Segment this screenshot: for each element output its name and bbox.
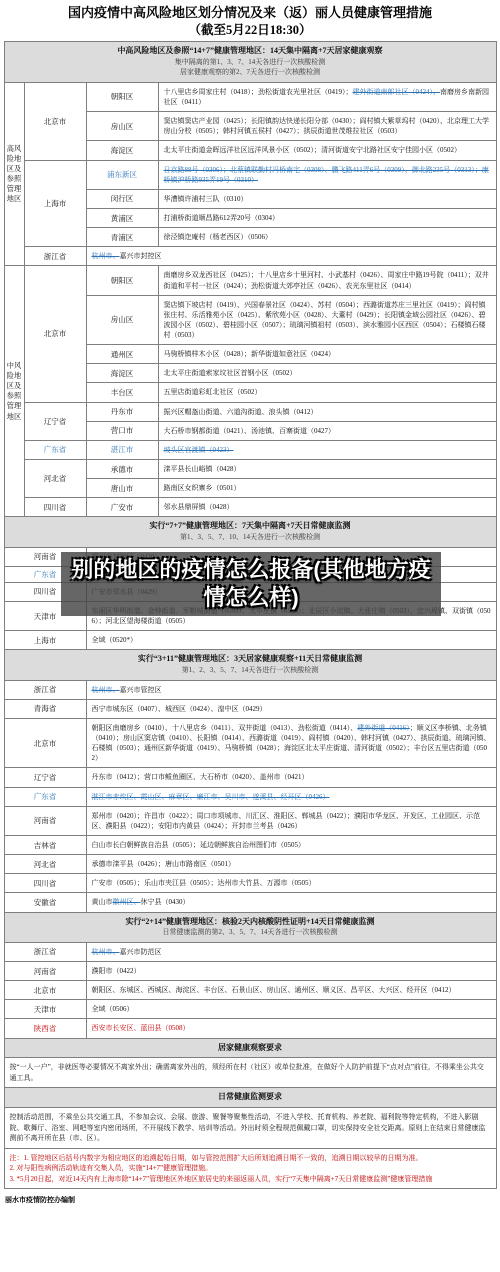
- detail-text: 北太平庄街道金晖远洋社区远洋风景小区（0502）；清河街道安宁北路社区安宁佳园小…: [164, 146, 462, 154]
- detail-cell: 杭州市、嘉兴市封控区: [86, 247, 496, 266]
- detail-text: 朝阳区南磨房乡（0410）、十八里店乡（0411）、双井街道（0413）、劲松街…: [92, 724, 358, 732]
- detail-text: 西安市长安区、蓝田县（0508）: [92, 1024, 190, 1032]
- city-cell: 营口市: [86, 421, 158, 440]
- section-header-row: 实行“3+11”健康管理地区：3天居家健康观察+11天日常健康监测第1、2、3、…: [4, 650, 496, 680]
- detail-text: 五里店街道彩虹北社区（0502）: [164, 388, 262, 396]
- notes-cell: 注：1. 管控地区后括号内数字为相应地区的追溯起始日期，如与管控范围扩大后所划追…: [4, 1148, 496, 1189]
- detail-text: 北太平庄街道索家坟社区首钢小区（0502）: [164, 369, 297, 377]
- province-cell: 河南省: [4, 961, 86, 980]
- text-line: 注：1. 管控地区后括号内数字为相应地区的追溯起始日期，如与管控范围扩大后所划追…: [10, 1153, 491, 1164]
- table-row: 河北省承德市滦平县（0426）；唐山市路南区（0501）: [4, 855, 496, 874]
- city-cell: 海淀区: [86, 364, 158, 383]
- detail-text: 濮阳市（0422）: [92, 967, 141, 975]
- province-cell: 四川省: [4, 874, 86, 893]
- detail-cell: 湛江市赤坎区、霞山区、麻章区、廉江市、吴川市、遂溪县、经开区（0426）: [86, 787, 496, 806]
- group-label-cell: 中风险地区及参照管理地区: [4, 266, 24, 517]
- table-row: 河南省郑州市（0420）；许昌市（0422）；周口市项城市、川汇区、淮阳区、郸城…: [4, 806, 496, 835]
- detail-text: 建外街道南郎社区（0424）、: [353, 88, 441, 96]
- section-header: 居家健康观察要求: [4, 1038, 496, 1058]
- detail-cell: 打浦桥街道顺昌路612弄20号（0304）: [158, 208, 496, 227]
- detail-text: 徽州区、: [113, 898, 141, 906]
- detail-cell: 大石桥市钢都街道（0421）、汤池镇、百寨街道（0427）: [158, 421, 496, 440]
- province-cell: 广东省: [4, 787, 86, 806]
- detail-cell: 朝阳区南磨房乡（0410）、十八里店乡（0411）、双井街道（0413）、劲松街…: [86, 718, 496, 768]
- detail-text: 窦店镇下坡店村（0419）、兴国春景社区（0424）、苏村（0504）；西潞街道…: [164, 301, 486, 339]
- table-row: 辽宁省丹东市振兴区帽盔山街道、六道沟街道、浪头镇（0412）: [4, 402, 496, 421]
- section-header: 实行“7+7”健康管理地区：7天集中隔离+7天日常健康监测第1、3、5、7、10…: [4, 517, 496, 547]
- city-cell: 房山区: [86, 295, 158, 345]
- detail-text: 邻水县鼎屏镇（0428）: [164, 503, 234, 511]
- detail-cell: 坡头区官渡镇（0423）: [158, 440, 496, 459]
- detail-text: 湛江市赤坎区、霞山区、麻章区、廉江市、吴川市、遂溪县、经开区（0426）: [92, 793, 330, 801]
- table-row: 吉林省白山市长白朝鲜族自治县（0505）；延边朝鲜族自治州图们市（0505）: [4, 836, 496, 855]
- province-cell: 上海市: [4, 631, 86, 650]
- table-row: 高风险地区及参照管理地区北京市朝阳区十八里店乡周家庄村（0418）；劲松街道农光…: [4, 82, 496, 111]
- text-line: 按“一人一户”，非就医等必要情况不离家外出；确需离家外出的，须经所在村（社区）或…: [10, 1062, 491, 1083]
- city-cell: 闵行区: [86, 189, 158, 208]
- detail-text: 滦平县长山峪镇（0428）: [164, 465, 241, 473]
- province-cell: 浙江省: [4, 942, 86, 961]
- city-cell: 丹东市: [86, 402, 158, 421]
- group-label-cell: 高风险地区及参照管理地区: [4, 82, 24, 266]
- table-row: 四川省广安市（0505）；乐山市夹江县（0505）；达州市大竹县、万源市（050…: [4, 874, 496, 893]
- table-row: 浙江省杭州市、嘉兴市封控区: [4, 247, 496, 266]
- detail-cell: 全域（0506）: [86, 1000, 496, 1019]
- text-line: 2. 对与阳性病例活动轨迹有交集人员，实施“14+7”健康管理措施。: [10, 1163, 491, 1174]
- section-header: 实行“2+14”健康管理地区：核验2天内核酸阴性证明+14天日常健康监测日常健康…: [4, 912, 496, 942]
- table-row: 安徽省黄山市徽州区、休宁县（0430）: [4, 893, 496, 912]
- province-cell: 上海市: [24, 160, 86, 247]
- city-cell: 青浦区: [86, 228, 158, 247]
- province-cell: 北京市: [4, 981, 86, 1000]
- detail-cell: 华漕镇许浦村三队（0310）: [158, 189, 496, 208]
- table-row: 北京市朝阳区、东城区、西城区、海淀区、丰台区、石景山区、房山区、通州区、顺义区、…: [4, 981, 496, 1000]
- detail-text: 全域（0520*）: [92, 636, 138, 644]
- table-row: 天津市全域（0506）: [4, 1000, 496, 1019]
- detail-cell: 北太平庄街道金晖远洋社区远洋风景小区（0502）；清河街道安宁北路社区安宁佳园小…: [158, 141, 496, 160]
- page-title: 国内疫情中高风险地区划分情况及来（返）丽人员健康管理措施 （截至5月22日18:…: [0, 0, 500, 38]
- section-title: 实行“2+14”健康管理地区：核验2天内核酸阴性证明+14天日常健康监测: [7, 917, 494, 928]
- city-cell: 黄浦区: [86, 208, 158, 227]
- detail-cell: 郑州市（0420）；许昌市（0422）；周口市项城市、川汇区、淮阳区、郸城县（0…: [86, 806, 496, 835]
- city-cell: 通州区: [86, 345, 158, 364]
- province-cell: 四川省: [24, 498, 86, 517]
- table-row: 上海市浦东新区日京路88号（0306）；北蔡镇联勤村冯桥南宅（0308）、鹏飞路…: [4, 160, 496, 189]
- detail-text: 杭州市、: [92, 948, 120, 956]
- section-header: 日常健康监测要求: [4, 1088, 496, 1108]
- province-cell: 陕西省: [4, 1019, 86, 1038]
- detail-text: 广安市（0505）；乐山市夹江县（0505）；达州市大竹县、万源市（0505）: [92, 879, 316, 887]
- table-row: 广东省湛江市坡头区官渡镇（0423）: [4, 440, 496, 459]
- province-cell: 吉林省: [4, 836, 86, 855]
- detail-text: 嘉兴市防范区: [120, 948, 162, 956]
- detail-cell: 承德市滦平县（0426）；唐山市路南区（0501）: [86, 855, 496, 874]
- table-row: 中风险地区及参照管理地区北京市朝阳区南磨房乡双龙西社区（0425）；十八里店乡十…: [4, 266, 496, 295]
- detail-cell: 徐泾镇迮庵村（杨老西区）（0506）: [158, 228, 496, 247]
- watermark-text: 别的地区的疫情怎么报备(其他地方疫情怎么样): [65, 556, 437, 613]
- notes-cell: 按“一人一户”，非就医等必要情况不离家外出；确需离家外出的，须经所在村（社区）或…: [4, 1058, 496, 1088]
- detail-text: 西宁市城东区（0407）、城西区（0424）、湟中区（0429）: [92, 705, 267, 713]
- detail-text: 杭州市、: [92, 686, 120, 694]
- city-cell: 朝阳区: [86, 266, 158, 295]
- detail-text: 振兴区帽盔山街道、六道沟街道、浪头镇（0412）: [164, 408, 318, 416]
- table-row: 陕西省西安市长安区、蓝田县（0508）: [4, 1019, 496, 1038]
- detail-cell: 南磨房乡双龙西社区（0425）；十八里店乡十里河村、小武基村（0426）、周家庄…: [158, 266, 496, 295]
- table-row: 浙江省杭州市、嘉兴市管控区: [4, 680, 496, 699]
- province-cell: 安徽省: [4, 893, 86, 912]
- city-cell: 海淀区: [86, 141, 158, 160]
- city-cell: 广安市: [86, 498, 158, 517]
- table-row: 北京市朝阳区南磨房乡（0410）、十八里店乡（0411）、双井街道（0413）、…: [4, 718, 496, 768]
- detail-text: 徐泾镇迮庵村（杨老西区）（0506）: [164, 233, 273, 241]
- detail-cell: 五里店街道彩虹北社区（0502）: [158, 383, 496, 402]
- section-subtitle: 集中隔离的第1、3、7、14天各进行一次核酸检测: [7, 58, 494, 67]
- section-header-row: 日常健康监测要求: [4, 1088, 496, 1108]
- province-cell: 浙江省: [4, 680, 86, 699]
- table-row: 青海省西宁市城东区（0407）、城西区（0424）、湟中区（0429）: [4, 699, 496, 718]
- city-cell: 唐山市: [86, 479, 158, 498]
- province-cell: 河北省: [24, 460, 86, 498]
- detail-text: 休宁县（0430）: [141, 898, 190, 906]
- detail-cell: 西安市长安区、蓝田县（0508）: [86, 1019, 496, 1038]
- detail-text: 全域（0506）: [92, 1005, 134, 1013]
- section-title: 实行“3+11”健康管理地区：3天居家健康观察+11天日常健康监测: [7, 654, 494, 665]
- table-row: 浙江省杭州市、嘉兴市防范区: [4, 942, 496, 961]
- detail-text: 路南区女织寨乡（0501）: [164, 484, 241, 492]
- detail-cell: 白山市长白朝鲜族自治县（0505）；延边朝鲜族自治州图们市（0505）: [86, 836, 496, 855]
- detail-text: 打浦桥街道顺昌路612弄20号（0304）: [164, 214, 280, 222]
- province-cell: 辽宁省: [24, 402, 86, 440]
- detail-text: 建外街道（0416）: [357, 724, 410, 732]
- table-row: 注：1. 管控地区后括号内数字为相应地区的追溯起始日期，如与管控范围扩大后所划追…: [4, 1148, 496, 1189]
- detail-cell: 西宁市城东区（0407）、城西区（0424）、湟中区（0429）: [86, 699, 496, 718]
- text-line: 控制活动范围，不乘坐公共交通工具，不参加会议、会展、旅游、聚餐等聚集性活动，不进…: [10, 1112, 491, 1144]
- detail-cell: 窦店镇窦店产业园（0425）；长阳镇韵达快递长阳分部（0430）；阎村镇大紫草坞…: [158, 112, 496, 141]
- detail-text: 白山市长白朝鲜族自治县（0505）；延边朝鲜族自治州图们市（0505）: [92, 841, 306, 849]
- detail-text: 坡头区官渡镇（0423）: [164, 446, 234, 454]
- detail-cell: 杭州市、嘉兴市防范区: [86, 942, 496, 961]
- detail-cell: 全域（0520*）: [86, 631, 496, 650]
- city-cell: 湛江市: [86, 440, 158, 459]
- detail-cell: 濮阳市（0422）: [86, 961, 496, 980]
- detail-cell: 路南区女织寨乡（0501）: [158, 479, 496, 498]
- table-row: 四川省广安市邻水县鼎屏镇（0428）: [4, 498, 496, 517]
- section-header-row: 实行“7+7”健康管理地区：7天集中隔离+7天日常健康监测第1、3、5、7、10…: [4, 517, 496, 547]
- detail-text: 日京路88号（0306）；北蔡镇联勤村冯桥南宅（0308）、鹏飞路411弄6号（…: [164, 166, 489, 184]
- page-title-line2: （截至5月22日18:30）: [0, 22, 500, 38]
- section-header-row: 实行“2+14”健康管理地区：核验2天内核酸阴性证明+14天日常健康监测日常健康…: [4, 912, 496, 942]
- province-cell: 天津市: [4, 1000, 86, 1019]
- table-row: 河北省承德市滦平县长山峪镇（0428）: [4, 460, 496, 479]
- detail-cell: 北太平庄街道索家坟社区首钢小区（0502）: [158, 364, 496, 383]
- table-row: 上海市全域（0520*）: [4, 631, 496, 650]
- watermark-overlay: 别的地区的疫情怎么报备(其他地方疫情怎么样): [61, 552, 441, 616]
- section-title: 居家健康观察要求: [7, 1043, 494, 1054]
- city-cell: 朝阳区: [86, 82, 158, 111]
- section-title: 实行“7+7”健康管理地区：7天集中隔离+7天日常健康监测: [7, 521, 494, 532]
- page-title-line1: 国内疫情中高风险地区划分情况及来（返）丽人员健康管理措施: [0, 5, 500, 22]
- section-subtitle: 日常健康监测的第2、3、5、7、14天各进行一次核酸检测: [7, 928, 494, 937]
- section-header-row: 中高风险地区及参照“14+7”健康管理地区：14天集中隔离+7天居家健康观察集中…: [4, 42, 496, 83]
- detail-text: 十八里店乡周家庄村（0418）；劲松街道农光里社区（0419）；: [164, 88, 353, 96]
- city-cell: 承德市: [86, 460, 158, 479]
- detail-text: 黄山市: [92, 898, 113, 906]
- detail-text: 承德市滦平县（0426）；唐山市路南区（0501）: [92, 860, 236, 868]
- notes-cell: 控制活动范围，不乘坐公共交通工具，不参加会议、会展、旅游、聚餐等聚集性活动，不进…: [4, 1108, 496, 1149]
- detail-cell: 丹东市（0412）；营口市鲅鱼圈区、大石桥市（0420）、盖州市（0421）: [86, 768, 496, 787]
- detail-cell: 十八里店乡周家庄村（0418）；劲松街道农光里社区（0419）；建外街道南郎社区…: [158, 82, 496, 111]
- detail-cell: 窦店镇下坡店村（0419）、兴国春景社区（0424）、苏村（0504）；西潞街道…: [158, 295, 496, 345]
- city-cell: 丰台区: [86, 383, 158, 402]
- detail-text: 窦店镇窦店产业园（0425）；长阳镇韵达快递长阳分部（0430）；阎村镇大紫草坞…: [164, 117, 490, 135]
- table-row: 河南省濮阳市（0422）: [4, 961, 496, 980]
- detail-cell: 马驹桥镇样木小区（0428）；新华街道如意社区（0424）: [158, 345, 496, 364]
- province-cell: 广东省: [24, 440, 86, 459]
- section-title: 日常健康监测要求: [7, 1092, 494, 1103]
- province-cell: 河南省: [4, 806, 86, 835]
- province-cell: 北京市: [24, 82, 86, 160]
- province-cell: 青海省: [4, 699, 86, 718]
- section-header: 实行“3+11”健康管理地区：3天居家健康观察+11天日常健康监测第1、2、3、…: [4, 650, 496, 680]
- detail-text: 大石桥市钢都街道（0421）、汤池镇、百寨街道（0427）: [164, 427, 336, 435]
- detail-text: 郑州市（0420）；许昌市（0422）；周口市项城市、川汇区、淮阳区、郸城县（0…: [92, 812, 481, 830]
- province-cell: 河北省: [4, 855, 86, 874]
- page: 国内疫情中高风险地区划分情况及来（返）丽人员健康管理措施 （截至5月22日18:…: [0, 0, 500, 1272]
- detail-cell: 广安市（0505）；乐山市夹江县（0505）；达州市大竹县、万源市（0505）: [86, 874, 496, 893]
- section-header: 中高风险地区及参照“14+7”健康管理地区：14天集中隔离+7天居家健康观察集中…: [4, 42, 496, 83]
- table-row: 按“一人一户”，非就医等必要情况不离家外出；确需离家外出的，须经所在村（社区）或…: [4, 1058, 496, 1088]
- detail-text: 朝阳区、东城区、西城区、海淀区、丰台区、石景山区、房山区、通州区、顺义区、昌平区…: [92, 986, 456, 994]
- section-subtitle: 第1、2、3、5、7、14天各进行一次核酸检测: [7, 666, 494, 675]
- section-title: 中高风险地区及参照“14+7”健康管理地区：14天集中隔离+7天居家健康观察: [7, 46, 494, 57]
- detail-cell: 振兴区帽盔山街道、六道沟街道、浪头镇（0412）: [158, 402, 496, 421]
- section-header-row: 居家健康观察要求: [4, 1038, 496, 1058]
- detail-text: 马驹桥镇样木小区（0428）；新华街道如意社区（0424）: [164, 350, 336, 358]
- province-cell: 浙江省: [24, 247, 86, 266]
- province-cell: 北京市: [4, 718, 86, 768]
- city-cell: 房山区: [86, 112, 158, 141]
- detail-cell: 邻水县鼎屏镇（0428）: [158, 498, 496, 517]
- province-cell: 辽宁省: [4, 768, 86, 787]
- province-cell: 北京市: [24, 266, 86, 402]
- detail-text: 杭州市、: [92, 252, 120, 260]
- detail-text: 南磨房乡双龙西社区（0425）；十八里店乡十里河村、小武基村（0426）、周家庄…: [164, 271, 489, 289]
- table-row: 控制活动范围，不乘坐公共交通工具，不参加会议、会展、旅游、聚餐等聚集性活动，不进…: [4, 1108, 496, 1149]
- city-cell: 浦东新区: [86, 160, 158, 189]
- detail-cell: 朝阳区、东城区、西城区、海淀区、丰台区、石景山区、房山区、通州区、顺义区、昌平区…: [86, 981, 496, 1000]
- text-line: 3. *5月20日起，对近14天内有上海市除“14+7”管理地区外地区旅居史的来…: [10, 1174, 491, 1185]
- detail-text: 华漕镇许浦村三队（0310）: [164, 195, 248, 203]
- table-row: 广东省湛江市赤坎区、霞山区、麻章区、廉江市、吴川市、遂溪县、经开区（0426）: [4, 787, 496, 806]
- detail-cell: 黄山市徽州区、休宁县（0430）: [86, 893, 496, 912]
- section-subtitle: 居家健康观察的第2、7天各进行一次核酸检测: [7, 68, 494, 77]
- detail-text: 嘉兴市封控区: [120, 252, 162, 260]
- detail-text: 嘉兴市管控区: [120, 686, 162, 694]
- footer-credit: 丽水市疫情防控办编制: [5, 1195, 500, 1205]
- section-subtitle: 第1、3、5、7、10、14天各进行一次核酸检测: [7, 533, 494, 542]
- table-row: 辽宁省丹东市（0412）；营口市鲅鱼圈区、大石桥市（0420）、盖州市（0421…: [4, 768, 496, 787]
- detail-text: 丹东市（0412）；营口市鲅鱼圈区、大石桥市（0420）、盖州市（0421）: [92, 773, 309, 781]
- detail-cell: 滦平县长山峪镇（0428）: [158, 460, 496, 479]
- detail-cell: 杭州市、嘉兴市管控区: [86, 680, 496, 699]
- detail-cell: 日京路88号（0306）；北蔡镇联勤村冯桥南宅（0308）、鹏飞路411弄6号（…: [158, 160, 496, 189]
